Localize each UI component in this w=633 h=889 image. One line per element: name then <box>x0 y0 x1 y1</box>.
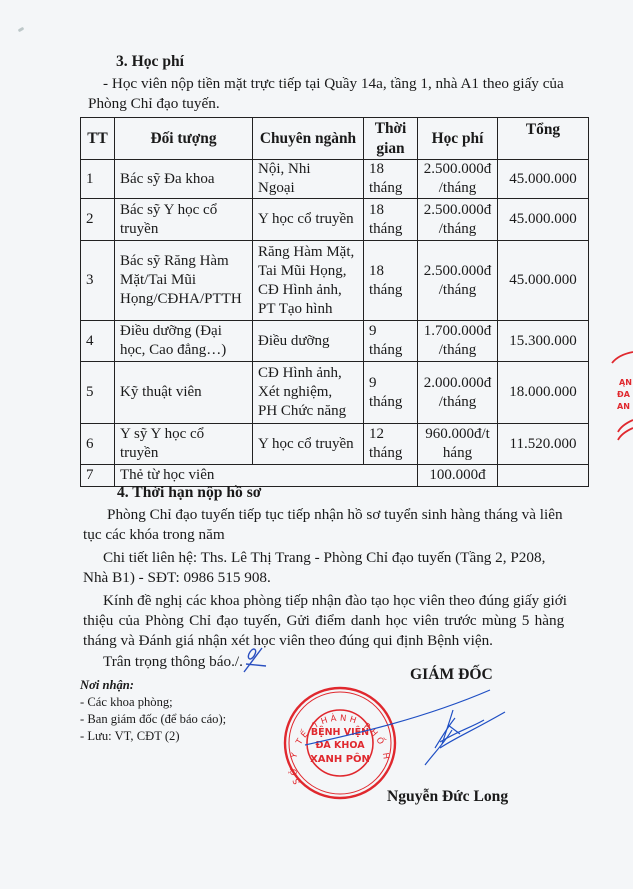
svg-text:ĄN: ĄN <box>619 378 632 387</box>
document-page: 3. Học phí - Học viên nộp tiền mặt trực … <box>0 0 633 889</box>
edge-stamp-fragment-icon: ĄN ĐA AN <box>0 0 633 889</box>
svg-text:ĐA: ĐA <box>617 390 631 399</box>
svg-text:AN: AN <box>617 402 630 411</box>
